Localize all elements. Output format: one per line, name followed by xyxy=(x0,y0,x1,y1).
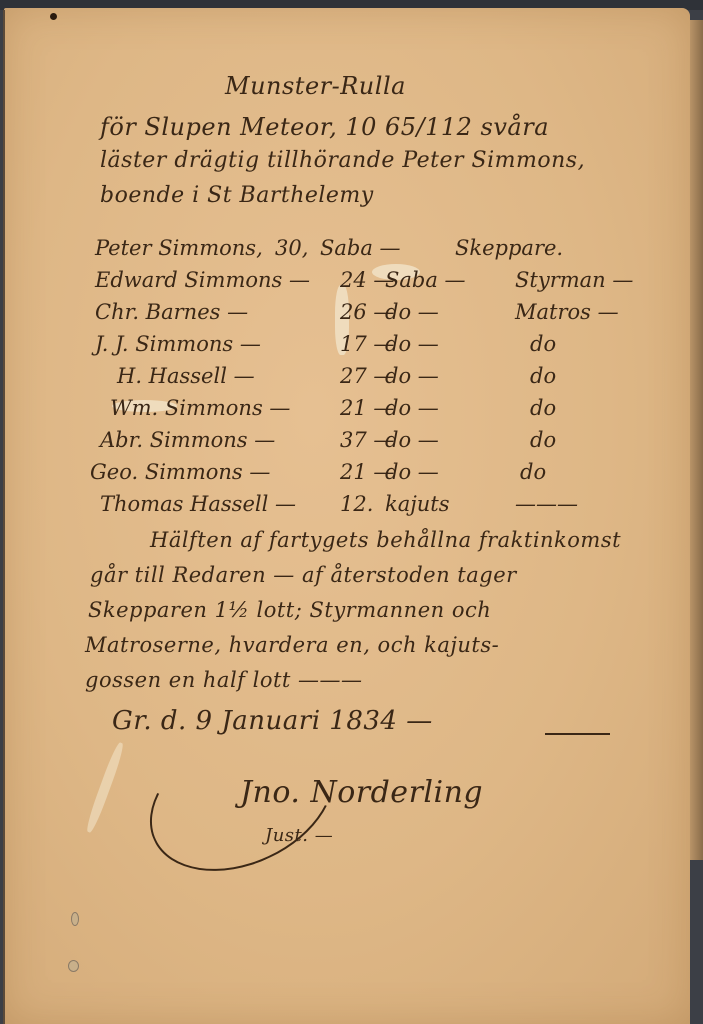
signature-title: Just. — xyxy=(265,825,333,846)
crew-list: Peter Simmons, 30, Saba — Skeppare. Edwa… xyxy=(95,236,655,524)
crew-place: do — xyxy=(385,396,439,420)
date-underline xyxy=(545,733,610,735)
paragraph-line-2: går till Redaren — af återstoden tager xyxy=(90,563,517,587)
paragraph-line-4: Matroserne, hvardera en, och kajuts- xyxy=(85,633,499,657)
crew-row: Wm. Simmons — 21 — do — do xyxy=(95,396,655,428)
header-line-2: läster drägtig tillhörande Peter Simmons… xyxy=(100,148,585,173)
crew-name: Thomas Hassell — xyxy=(100,492,296,516)
crew-role: do xyxy=(520,460,546,484)
crew-row: Peter Simmons, 30, Saba — Skeppare. xyxy=(95,236,655,268)
crew-place: do — xyxy=(385,364,439,388)
crew-row: H. Hassell — 27 — do — do xyxy=(95,364,655,396)
signature: Jno. Norderling xyxy=(240,775,483,810)
crew-place: do — xyxy=(385,332,439,356)
paper-hole xyxy=(68,960,79,972)
crew-row: Abr. Simmons — 37 — do — do xyxy=(95,428,655,460)
crew-role: ——— xyxy=(515,492,578,516)
header-line-3: boende i St Barthelemy xyxy=(100,183,374,208)
crew-role: do xyxy=(530,428,556,452)
crew-place: do — xyxy=(385,300,439,324)
crew-name: H. Hassell — xyxy=(117,364,255,388)
crew-name: Geo. Simmons — xyxy=(90,460,270,484)
header-line-1: för Slupen Meteor, 10 65/112 svåra xyxy=(100,113,549,141)
paragraph-line-5: gossen en half lott ——— xyxy=(85,668,363,692)
crew-row: Chr. Barnes — 26 — do — Matros — xyxy=(95,300,655,332)
ink-dot xyxy=(50,13,57,20)
crew-row: Geo. Simmons — 21 — do — do xyxy=(95,460,655,492)
book-spine-edge xyxy=(690,20,703,860)
paragraph-line-1: Hälften af fartygets behållna fraktinkom… xyxy=(150,528,621,552)
crew-place: Saba — xyxy=(320,236,401,260)
crew-name: Abr. Simmons — xyxy=(100,428,275,452)
page-left-edge xyxy=(3,10,5,1024)
crew-name: Chr. Barnes — xyxy=(95,300,248,324)
crew-role: do xyxy=(530,332,556,356)
crew-age: 30, xyxy=(275,236,308,260)
crew-name: Peter Simmons, xyxy=(95,236,263,260)
crew-role: do xyxy=(530,364,556,388)
crew-name: Edward Simmons — xyxy=(95,268,310,292)
document-title: Munster-Rulla xyxy=(225,72,406,100)
crew-name: J. J. Simmons — xyxy=(95,332,261,356)
crew-row: J. J. Simmons — 17 — do — do xyxy=(95,332,655,364)
paragraph-line-3: Skepparen 1½ lott; Styrmannen och xyxy=(88,598,491,622)
crew-role: do xyxy=(530,396,556,420)
crew-role: Matros — xyxy=(515,300,619,324)
crew-role: Skeppare. xyxy=(455,236,563,260)
paper-hole xyxy=(71,912,79,926)
crew-name: Wm. Simmons — xyxy=(110,396,290,420)
crew-place: kajuts xyxy=(385,492,450,516)
crew-place: Saba — xyxy=(385,268,466,292)
crew-row: Edward Simmons — 24 — Saba — Styrman — xyxy=(95,268,655,300)
crew-place: do — xyxy=(385,428,439,452)
crew-row: Thomas Hassell — 12. kajuts ——— xyxy=(95,492,655,524)
crew-role: Styrman — xyxy=(515,268,633,292)
crew-place: do — xyxy=(385,460,439,484)
crew-age: 12. xyxy=(340,492,373,516)
